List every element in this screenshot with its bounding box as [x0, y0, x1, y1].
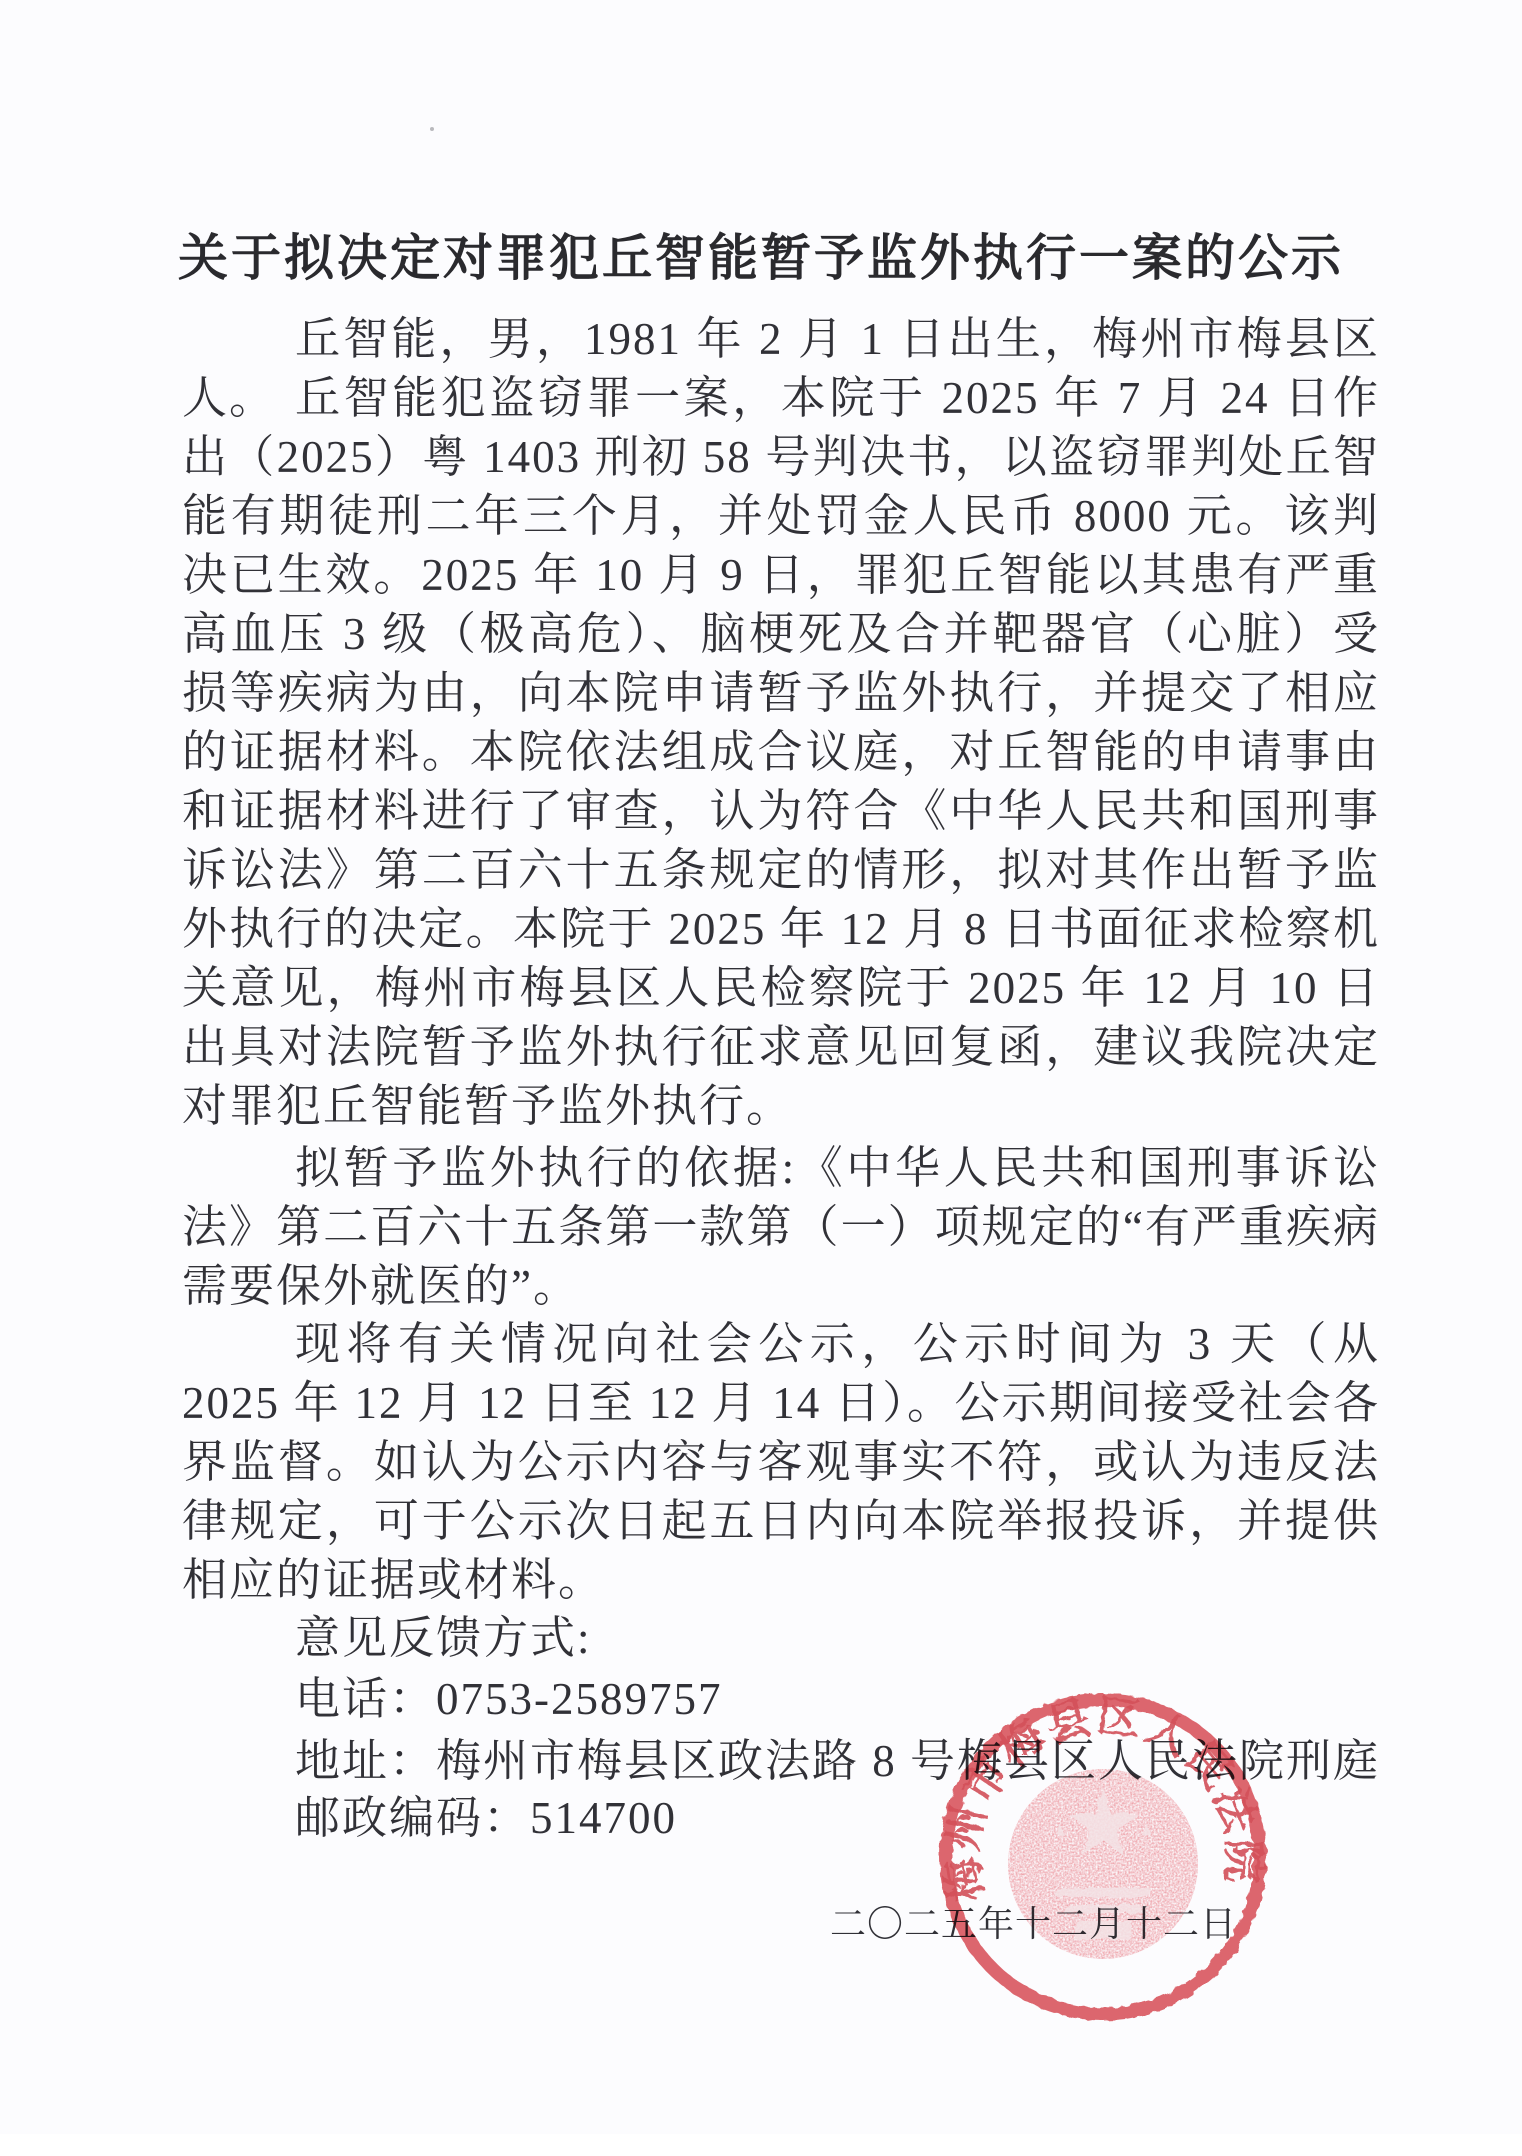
court-seal-stamp: 梅州市梅县区人民法院 [938, 1692, 1268, 2022]
scan-speck [430, 127, 434, 131]
scanned-notice-page: 关于拟决定对罪犯丘智能暂予监外执行一案的公示 丘智能，男，1981 年 2 月 … [0, 0, 1522, 2156]
scan-bottom-edge [0, 2134, 1522, 2156]
feedback-postcode: 邮政编码：514700 [295, 1789, 677, 1848]
body-paragraph: 现将有关情况向社会公示，公示时间为 3 天（从 2025 年 12 月 12 日… [182, 1315, 1380, 1610]
body-paragraph: 丘智能犯盗窃罪一案，本院于 2025 年 7 月 24 日作出（2025）粤 1… [182, 369, 1380, 1136]
feedback-phone: 电话：0753-2589757 [295, 1670, 723, 1729]
feedback-heading: 意见反馈方式: [295, 1609, 592, 1668]
body-paragraph: 拟暂予监外执行的依据:《中华人民共和国刑事诉讼法》第二百六十五条第一款第（一）项… [182, 1139, 1380, 1316]
page-title: 关于拟决定对罪犯丘智能暂予监外执行一案的公示 [0, 218, 1522, 290]
national-emblem [1008, 1769, 1198, 1959]
